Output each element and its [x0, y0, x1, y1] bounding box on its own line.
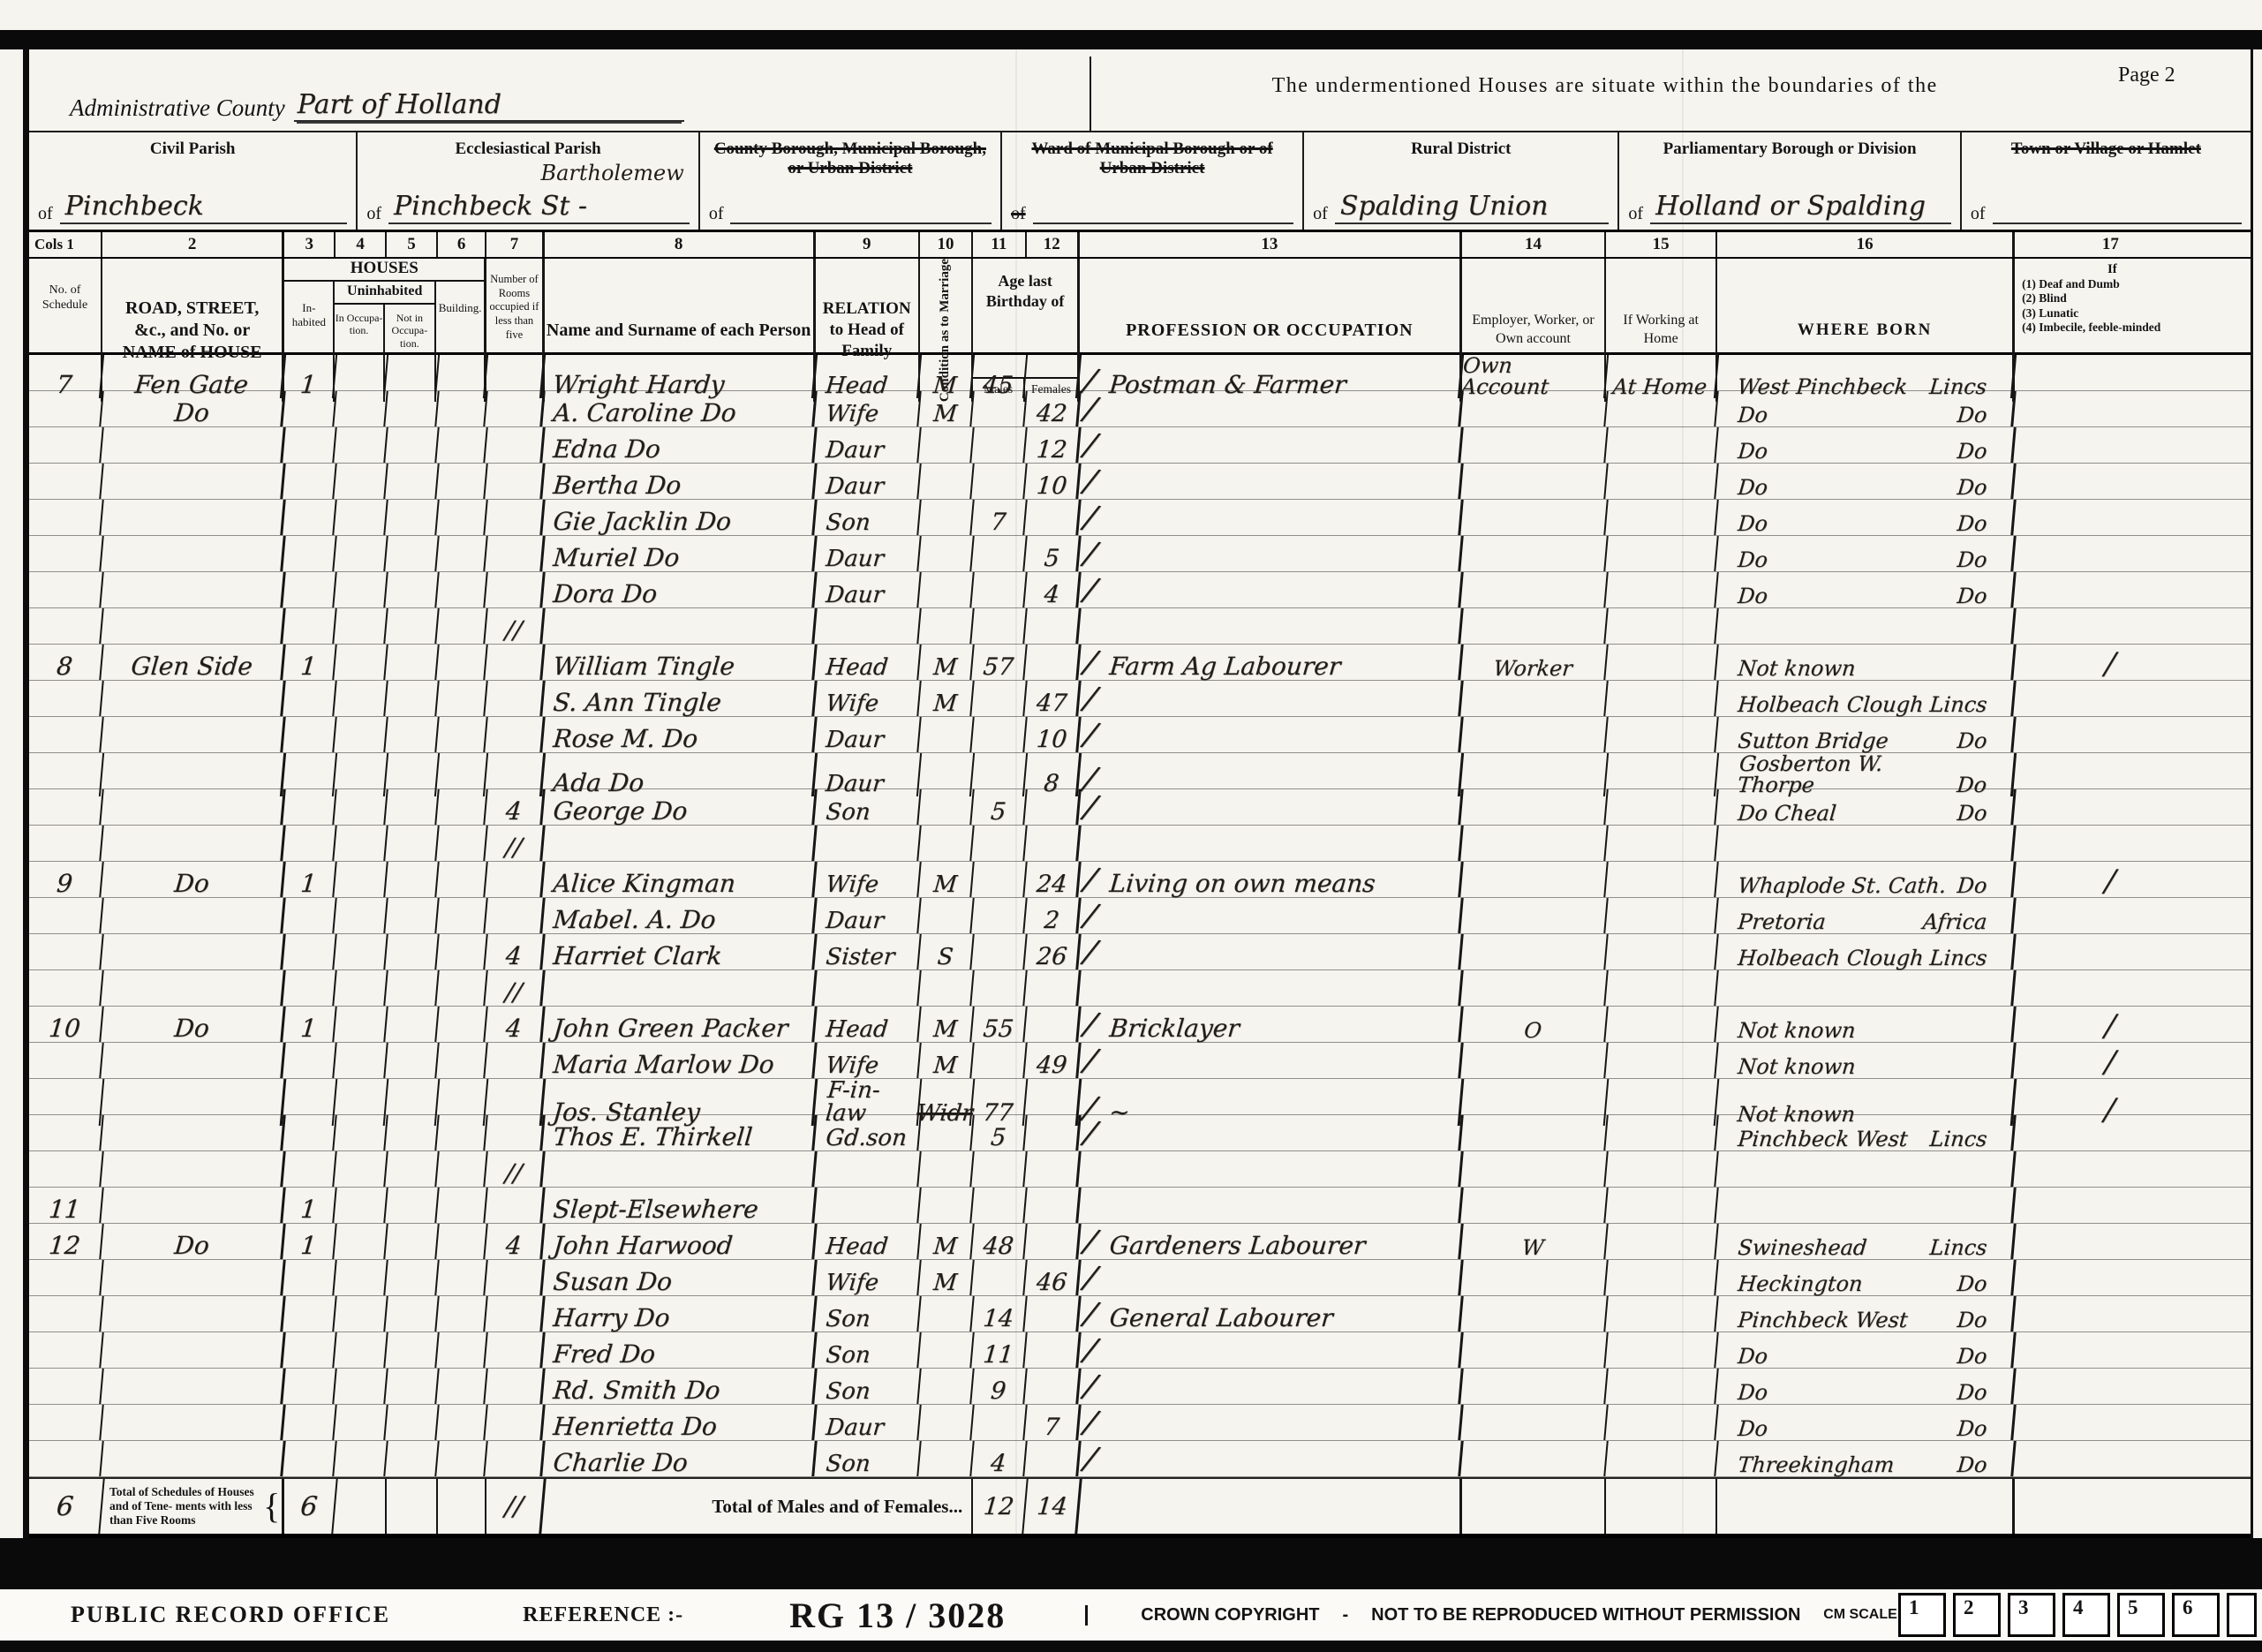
col-num-16: 16 — [1717, 232, 2015, 257]
where-born-cell: Not known — [1715, 645, 2017, 680]
age-male — [971, 1260, 1028, 1295]
cm-scale-box: 5 — [2117, 1593, 2165, 1637]
age-male: 48 — [971, 1224, 1028, 1259]
person-name: Edna Do — [543, 427, 817, 463]
road-name — [101, 826, 286, 861]
houses-uninhabited-not-occupied — [385, 1296, 439, 1331]
employer-status — [1460, 572, 1608, 607]
rooms-count: // — [485, 826, 546, 861]
age-female: 24 — [1025, 862, 1082, 897]
houses-inhabited — [283, 427, 337, 463]
employer-status — [1460, 826, 1608, 861]
age-female: 10 — [1025, 717, 1082, 752]
marriage-condition: M — [918, 1043, 975, 1078]
census-row: Thos E. ThirkellGd.son5/Pinchbeck WestLi… — [29, 1115, 2251, 1151]
occupation-cell: / — [1078, 1043, 1463, 1078]
road-name: Glen Side — [101, 645, 286, 680]
age-male: 7 — [971, 500, 1028, 535]
houses-uninhabited-in-occupation — [334, 645, 388, 680]
houses-inhabited: 1 — [283, 1007, 337, 1042]
employer-status — [1460, 1332, 1608, 1368]
occupation-cell: / — [1078, 427, 1463, 463]
col-num-15: 15 — [1606, 232, 1717, 257]
person-name: John Harwood — [543, 1224, 817, 1259]
working-at-home — [1604, 934, 1718, 969]
houses-uninhabited-in-occupation — [334, 1260, 388, 1295]
census-row: Harry DoSon14/General LabourerPinchbeck … — [29, 1296, 2251, 1332]
occupation-cell: /General Labourer — [1078, 1296, 1463, 1331]
rooms-count — [485, 464, 546, 499]
infirmity-mark — [2013, 391, 2207, 426]
rooms-count — [485, 898, 546, 933]
born-place: Do — [1737, 1382, 1768, 1403]
where-born-cell: Not known — [1715, 1043, 2017, 1078]
scan-mid-band — [0, 1538, 2262, 1589]
census-row: Mabel. A. DoDaur2/PretoriaAfrica — [29, 898, 2251, 934]
occupation-cell: /Gardeners Labourer — [1078, 1224, 1463, 1259]
census-row: 4Harriet ClarkSisterS26/Holbeach CloughL… — [29, 934, 2251, 970]
occupation-cell: / — [1078, 1260, 1463, 1295]
totals-label: Total of Schedules of Houses and of Tene… — [102, 1479, 284, 1534]
houses-uninhabited-not-occupied — [385, 500, 439, 535]
houses-inhabited — [283, 1115, 337, 1150]
occupation-cell — [1078, 826, 1463, 861]
where-born-cell: DoDo — [1715, 572, 2017, 607]
marriage-condition — [918, 608, 975, 644]
born-county: Lincs — [1929, 947, 1988, 969]
schedule-number: 9 — [27, 862, 104, 897]
census-row: // — [29, 826, 2251, 862]
working-at-home — [1604, 1260, 1718, 1295]
schedule-number — [27, 500, 104, 535]
where-born-cell: Pinchbeck WestLincs — [1715, 1115, 2017, 1150]
houses-uninhabited-in-occupation — [334, 464, 388, 499]
age-male — [971, 536, 1028, 571]
working-at-home — [1604, 717, 1718, 752]
occupation-cell: / — [1078, 572, 1463, 607]
road-name — [101, 572, 286, 607]
houses-inhabited — [283, 1043, 337, 1078]
age-male — [971, 826, 1028, 861]
age-male — [971, 608, 1028, 644]
infirmity-mark — [2013, 1115, 2207, 1150]
infirmity-mark — [2013, 1151, 2207, 1187]
occupation-cell — [1078, 970, 1463, 1006]
houses-inhabited — [283, 500, 337, 535]
tick-mark: / — [1082, 1370, 1099, 1403]
district-label: Rural District — [1313, 140, 1609, 159]
houses-uninhabited-not-occupied — [385, 1151, 439, 1187]
working-at-home — [1604, 681, 1718, 716]
relation-to-head: Son — [814, 500, 922, 535]
occupation-cell: / — [1078, 898, 1463, 933]
relation-to-head: Daur — [814, 1405, 922, 1440]
of-label: of — [1313, 204, 1328, 224]
houses-uninhabited-in-occupation — [334, 898, 388, 933]
tick-mark: / — [1082, 502, 1099, 534]
houses-uninhabited-not-occupied — [385, 645, 439, 680]
houses-inhabited — [283, 1296, 337, 1331]
tick-mark: / — [1082, 429, 1099, 462]
houses-uninhabited-in-occupation — [334, 1296, 388, 1331]
houses-building — [436, 1188, 488, 1223]
marriage-condition — [918, 536, 975, 571]
district-county-borough: County Borough, Municipal Borough, or Ur… — [700, 132, 1002, 230]
census-row-schedule-9: 9Do1Alice KingmanWifeM24/Living on own m… — [29, 862, 2251, 898]
age-male: 9 — [971, 1369, 1028, 1404]
working-at-home — [1604, 1332, 1718, 1368]
cm-scale-box: 3 — [2008, 1593, 2055, 1637]
district-parliamentary: Parliamentary Borough or Division ofHoll… — [1619, 132, 1961, 230]
born-place: Whaplode St. Cath. — [1737, 875, 1947, 896]
tick-mark: / — [1082, 1407, 1099, 1439]
col-num-7: 7 — [486, 232, 544, 257]
relation-to-head: Wife — [814, 681, 922, 716]
employer-status — [1460, 681, 1608, 716]
cm-scale: CM SCALE 123456 — [1822, 1593, 2257, 1637]
district-rural: Rural District ofSpalding Union — [1304, 132, 1619, 230]
tick-mark: / — [1082, 864, 1099, 896]
born-place: Not known — [1737, 1020, 1856, 1041]
col-num-2: 2 — [102, 232, 284, 257]
occupation-text: General Labourer — [1108, 1306, 1333, 1331]
person-name — [543, 1151, 817, 1187]
occupation-cell: / — [1078, 681, 1463, 716]
relation-to-head — [814, 1188, 922, 1223]
schedule-number — [27, 1405, 104, 1440]
census-row: Ada DoDaur8/Gosberton W. ThorpeDo — [29, 753, 2251, 789]
houses-uninhabited-not-occupied — [385, 862, 439, 897]
infirmity-mark — [2013, 898, 2207, 933]
employer-status — [1460, 1043, 1608, 1078]
where-born-cell — [1715, 608, 2017, 644]
houses-uninhabited-in-occupation — [334, 717, 388, 752]
age-female — [1025, 645, 1082, 680]
where-born-cell: DoDo — [1715, 464, 2017, 499]
houses-building — [436, 391, 488, 426]
empty-cell — [438, 1479, 486, 1534]
where-born-cell: DoDo — [1715, 1332, 2017, 1368]
employer-status — [1460, 717, 1608, 752]
working-at-home — [1604, 391, 1718, 426]
of-label: of — [1011, 204, 1026, 224]
working-at-home — [1604, 1115, 1718, 1150]
marriage-condition: M — [918, 1224, 975, 1259]
where-born-cell — [1715, 1151, 2017, 1187]
road-name — [101, 1369, 286, 1404]
infirmity-mark — [2013, 826, 2207, 861]
born-place: Holbeach Clough — [1737, 694, 1924, 715]
working-at-home — [1604, 500, 1718, 535]
census-row: Bertha DoDaur10/DoDo — [29, 464, 2251, 500]
employer-status — [1460, 1369, 1608, 1404]
road-name — [101, 536, 286, 571]
born-place: Threekingham — [1737, 1454, 1895, 1475]
road-name — [101, 717, 286, 752]
occupation-cell — [1078, 608, 1463, 644]
person-name: Rd. Smith Do — [543, 1369, 817, 1404]
schedule-number — [27, 427, 104, 463]
born-county: Do — [1957, 549, 1988, 570]
schedule-number: 11 — [27, 1188, 104, 1223]
houses-uninhabited-in-occupation — [334, 1224, 388, 1259]
col-num-17: 17 — [2015, 232, 2205, 257]
road-name — [101, 464, 286, 499]
where-born-cell: DoDo — [1715, 427, 2017, 463]
person-name: Bertha Do — [543, 464, 817, 499]
census-rows: 7Fen Gate1Wright HardyHeadM45/Postman & … — [29, 355, 2251, 1477]
person-name: Harriet Clark — [543, 934, 817, 969]
houses-uninhabited-in-occupation — [334, 391, 388, 426]
where-born-cell: HeckingtonDo — [1715, 1260, 2017, 1295]
marriage-condition: M — [918, 1260, 975, 1295]
houses-inhabited — [283, 608, 337, 644]
cm-scale-ruler: 123456 — [1898, 1593, 2257, 1637]
schedule-number — [27, 536, 104, 571]
road-name — [101, 1115, 286, 1150]
pro-office-label: PUBLIC RECORD OFFICE — [71, 1602, 390, 1628]
houses-building — [436, 500, 488, 535]
rooms-count — [485, 645, 546, 680]
houses-uninhabited-in-occupation — [334, 536, 388, 571]
road-name — [101, 1188, 286, 1223]
rooms-count — [485, 391, 546, 426]
census-row: S. Ann TingleWifeM47/Holbeach CloughLinc… — [29, 681, 2251, 717]
age-female — [1025, 1007, 1082, 1042]
person-name: Slept-Elsewhere — [543, 1188, 817, 1223]
working-at-home — [1604, 789, 1718, 825]
houses-inhabited: 1 — [283, 862, 337, 897]
houses-uninhabited-not-occupied — [385, 934, 439, 969]
where-born-cell: Holbeach CloughLincs — [1715, 681, 2017, 716]
where-born-cell: ThreekinghamDo — [1715, 1441, 2017, 1476]
of-label: of — [709, 204, 724, 224]
age-female — [1025, 1441, 1082, 1476]
houses-uninhabited-not-occupied — [385, 464, 439, 499]
occupation-cell: / — [1078, 1369, 1463, 1404]
road-name: Do — [101, 1007, 286, 1042]
person-name: Susan Do — [543, 1260, 817, 1295]
houses-inhabited — [283, 1405, 337, 1440]
houses-uninhabited-in-occupation — [334, 427, 388, 463]
reproduction-notice: NOT TO BE REPRODUCED WITHOUT PERMISSION — [1371, 1605, 1800, 1626]
col-num-11: 11 — [973, 232, 1026, 257]
houses-inhabited — [283, 391, 337, 426]
males-total: 12 — [970, 1479, 1029, 1534]
employer-status — [1460, 1296, 1608, 1331]
census-row: // — [29, 970, 2251, 1007]
born-place: Pinchbeck West — [1737, 1309, 1908, 1331]
houses-building — [436, 1151, 488, 1187]
person-name: Gie Jacklin Do — [543, 500, 817, 535]
empty-cell — [1717, 1479, 2015, 1534]
houses-uninhabited-in-occupation — [334, 1043, 388, 1078]
road-name — [101, 970, 286, 1006]
houses-uninhabited-in-occupation — [334, 1405, 388, 1440]
marriage-condition — [918, 1151, 975, 1187]
age-female — [1025, 789, 1082, 825]
age-female — [1025, 1224, 1082, 1259]
marriage-condition — [918, 1115, 975, 1150]
person-name: Dora Do — [543, 572, 817, 607]
infirmity-mark — [2013, 536, 2207, 571]
tick-mark: / — [1082, 1443, 1099, 1475]
employer-status — [1460, 934, 1608, 969]
occupation-cell: /Farm Ag Labourer — [1078, 645, 1463, 680]
infirmity-mark: / — [2013, 862, 2207, 897]
houses-building — [436, 681, 488, 716]
person-name — [543, 970, 817, 1006]
infirmity-item: (1) Deaf and Dumb — [2022, 277, 2202, 291]
relation-to-head — [814, 1151, 922, 1187]
occupation-cell: / — [1078, 1441, 1463, 1476]
scan-top-band — [0, 30, 2262, 49]
born-place: Do — [1737, 404, 1768, 426]
road-name — [101, 608, 286, 644]
houses-uninhabited-not-occupied — [385, 536, 439, 571]
born-county: Lincs — [1929, 1128, 1988, 1150]
working-at-home — [1604, 1007, 1718, 1042]
marriage-condition — [918, 1188, 975, 1223]
relation-to-head — [814, 970, 922, 1006]
district-label: Parliamentary Borough or Division — [1628, 140, 1950, 159]
schedule-number — [27, 717, 104, 752]
age-male — [971, 970, 1028, 1006]
working-at-home — [1604, 645, 1718, 680]
age-female: 7 — [1025, 1405, 1082, 1440]
age-male — [971, 681, 1028, 716]
person-name: S. Ann Tingle — [543, 681, 817, 716]
scan-bottom-band — [0, 1641, 2262, 1652]
houses-building — [436, 862, 488, 897]
schedule-number — [27, 1296, 104, 1331]
houses-building — [436, 1369, 488, 1404]
district-town-village: Town or Village or Hamlet of — [1962, 132, 2251, 230]
occupation-cell — [1078, 1188, 1463, 1223]
working-at-home — [1604, 862, 1718, 897]
relation-to-head: Son — [814, 789, 922, 825]
census-row: // — [29, 608, 2251, 645]
houses-uninhabited-not-occupied — [385, 391, 439, 426]
houses-uninhabited-in-occupation — [334, 789, 388, 825]
born-place: Holbeach Clough — [1737, 947, 1924, 969]
census-form: Administrative County Part of Holland Th… — [23, 49, 2253, 1538]
person-name: Henrietta Do — [543, 1405, 817, 1440]
rooms-count: // — [485, 608, 546, 644]
district-label: Ecclesiastical Parish — [366, 140, 689, 159]
marriage-condition — [918, 464, 975, 499]
born-county: Lincs — [1929, 1237, 1988, 1258]
houses-uninhabited-not-occupied — [385, 572, 439, 607]
houses-inhabited — [283, 464, 337, 499]
age-male — [971, 1151, 1028, 1187]
infirmity-title: If — [2022, 262, 2202, 277]
form-header: Administrative County Part of Holland Th… — [29, 49, 2251, 132]
district-label: County Borough, Municipal Borough, or Ur… — [709, 140, 992, 179]
rooms-count: 4 — [485, 1007, 546, 1042]
district-label: Ward of Municipal Borough or of Urban Di… — [1011, 140, 1293, 179]
houses-inhabited — [283, 717, 337, 752]
infirmity-mark — [2013, 1188, 2207, 1223]
relation-to-head: Wife — [814, 1043, 922, 1078]
age-male: 55 — [971, 1007, 1028, 1042]
working-at-home — [1604, 464, 1718, 499]
person-name: Thos E. Thirkell — [543, 1115, 817, 1150]
infirmity-mark — [2013, 1224, 2207, 1259]
infirmity-mark — [2013, 934, 2207, 969]
census-row: Muriel DoDaur5/DoDo — [29, 536, 2251, 572]
col-num-5: 5 — [387, 232, 438, 257]
person-name: Alice Kingman — [543, 862, 817, 897]
schedule-number — [27, 1043, 104, 1078]
of-label: of — [38, 204, 53, 224]
houses-title: HOUSES — [284, 259, 484, 282]
infirmity-item: (3) Lunatic — [2022, 306, 2202, 321]
census-row: Rd. Smith DoSon9/DoDo — [29, 1369, 2251, 1405]
marriage-condition — [918, 1405, 975, 1440]
census-row: Henrietta DoDaur7/DoDo — [29, 1405, 2251, 1441]
district-label: Town or Village or Hamlet — [1971, 140, 2242, 159]
houses-uninhabited-not-occupied — [385, 1405, 439, 1440]
reference-number: RG 13 / 3028 — [789, 1595, 1006, 1636]
road-name — [101, 789, 286, 825]
road-name — [101, 681, 286, 716]
census-row: Charlie DoSon4/ThreekinghamDo — [29, 1441, 2251, 1477]
road-name — [101, 1260, 286, 1295]
employer-status — [1460, 1441, 1608, 1476]
males-females-total-label: Total of Males and of Females... — [545, 1479, 974, 1534]
tick-mark: / — [1082, 393, 1099, 426]
marriage-condition — [918, 572, 975, 607]
empty-cell — [1462, 1479, 1607, 1534]
born-place: Pretoria — [1737, 911, 1826, 932]
employer-status — [1460, 1115, 1608, 1150]
infirmity-mark — [2013, 1405, 2207, 1440]
relation-to-head: Wife — [814, 862, 922, 897]
infirmity-mark: / — [2013, 1043, 2207, 1078]
houses-building — [436, 427, 488, 463]
houses-uninhabited-in-occupation — [334, 1369, 388, 1404]
houses-uninhabited-not-occupied — [385, 898, 439, 933]
boundary-statement: The undermentioned Houses are situate wi… — [1091, 49, 2118, 131]
census-row: // — [29, 1151, 2251, 1188]
houses-uninhabited-in-occupation — [334, 862, 388, 897]
where-born-cell: DoDo — [1715, 500, 2017, 535]
marriage-condition — [918, 1296, 975, 1331]
born-place: Not known — [1737, 1056, 1856, 1077]
age-female — [1025, 1151, 1082, 1187]
where-born-cell: Whaplode St. Cath.Do — [1715, 862, 2017, 897]
relation-to-head — [814, 826, 922, 861]
census-row-schedule-8: 8Glen Side1William TingleHeadM57/Farm Ag… — [29, 645, 2251, 681]
census-row: 4George DoSon5/Do ChealDo — [29, 789, 2251, 826]
houses-inhabited — [283, 934, 337, 969]
houses-building — [436, 970, 488, 1006]
relation-to-head: Daur — [814, 464, 922, 499]
houses-inhabited — [283, 1369, 337, 1404]
of-label: of — [366, 204, 381, 224]
cm-scale-box: 4 — [2062, 1593, 2110, 1637]
person-name: Maria Marlow Do — [543, 1043, 817, 1078]
houses-uninhabited-not-occupied — [385, 1369, 439, 1404]
born-county: Lincs — [1929, 694, 1988, 715]
houses-inhabited — [283, 970, 337, 1006]
census-row: Gie Jacklin DoSon7/DoDo — [29, 500, 2251, 536]
employer-status — [1460, 427, 1608, 463]
district-civil-parish: Civil Parish ofPinchbeck — [29, 132, 358, 230]
cm-scale-box: 6 — [2172, 1593, 2220, 1637]
working-at-home — [1604, 536, 1718, 571]
